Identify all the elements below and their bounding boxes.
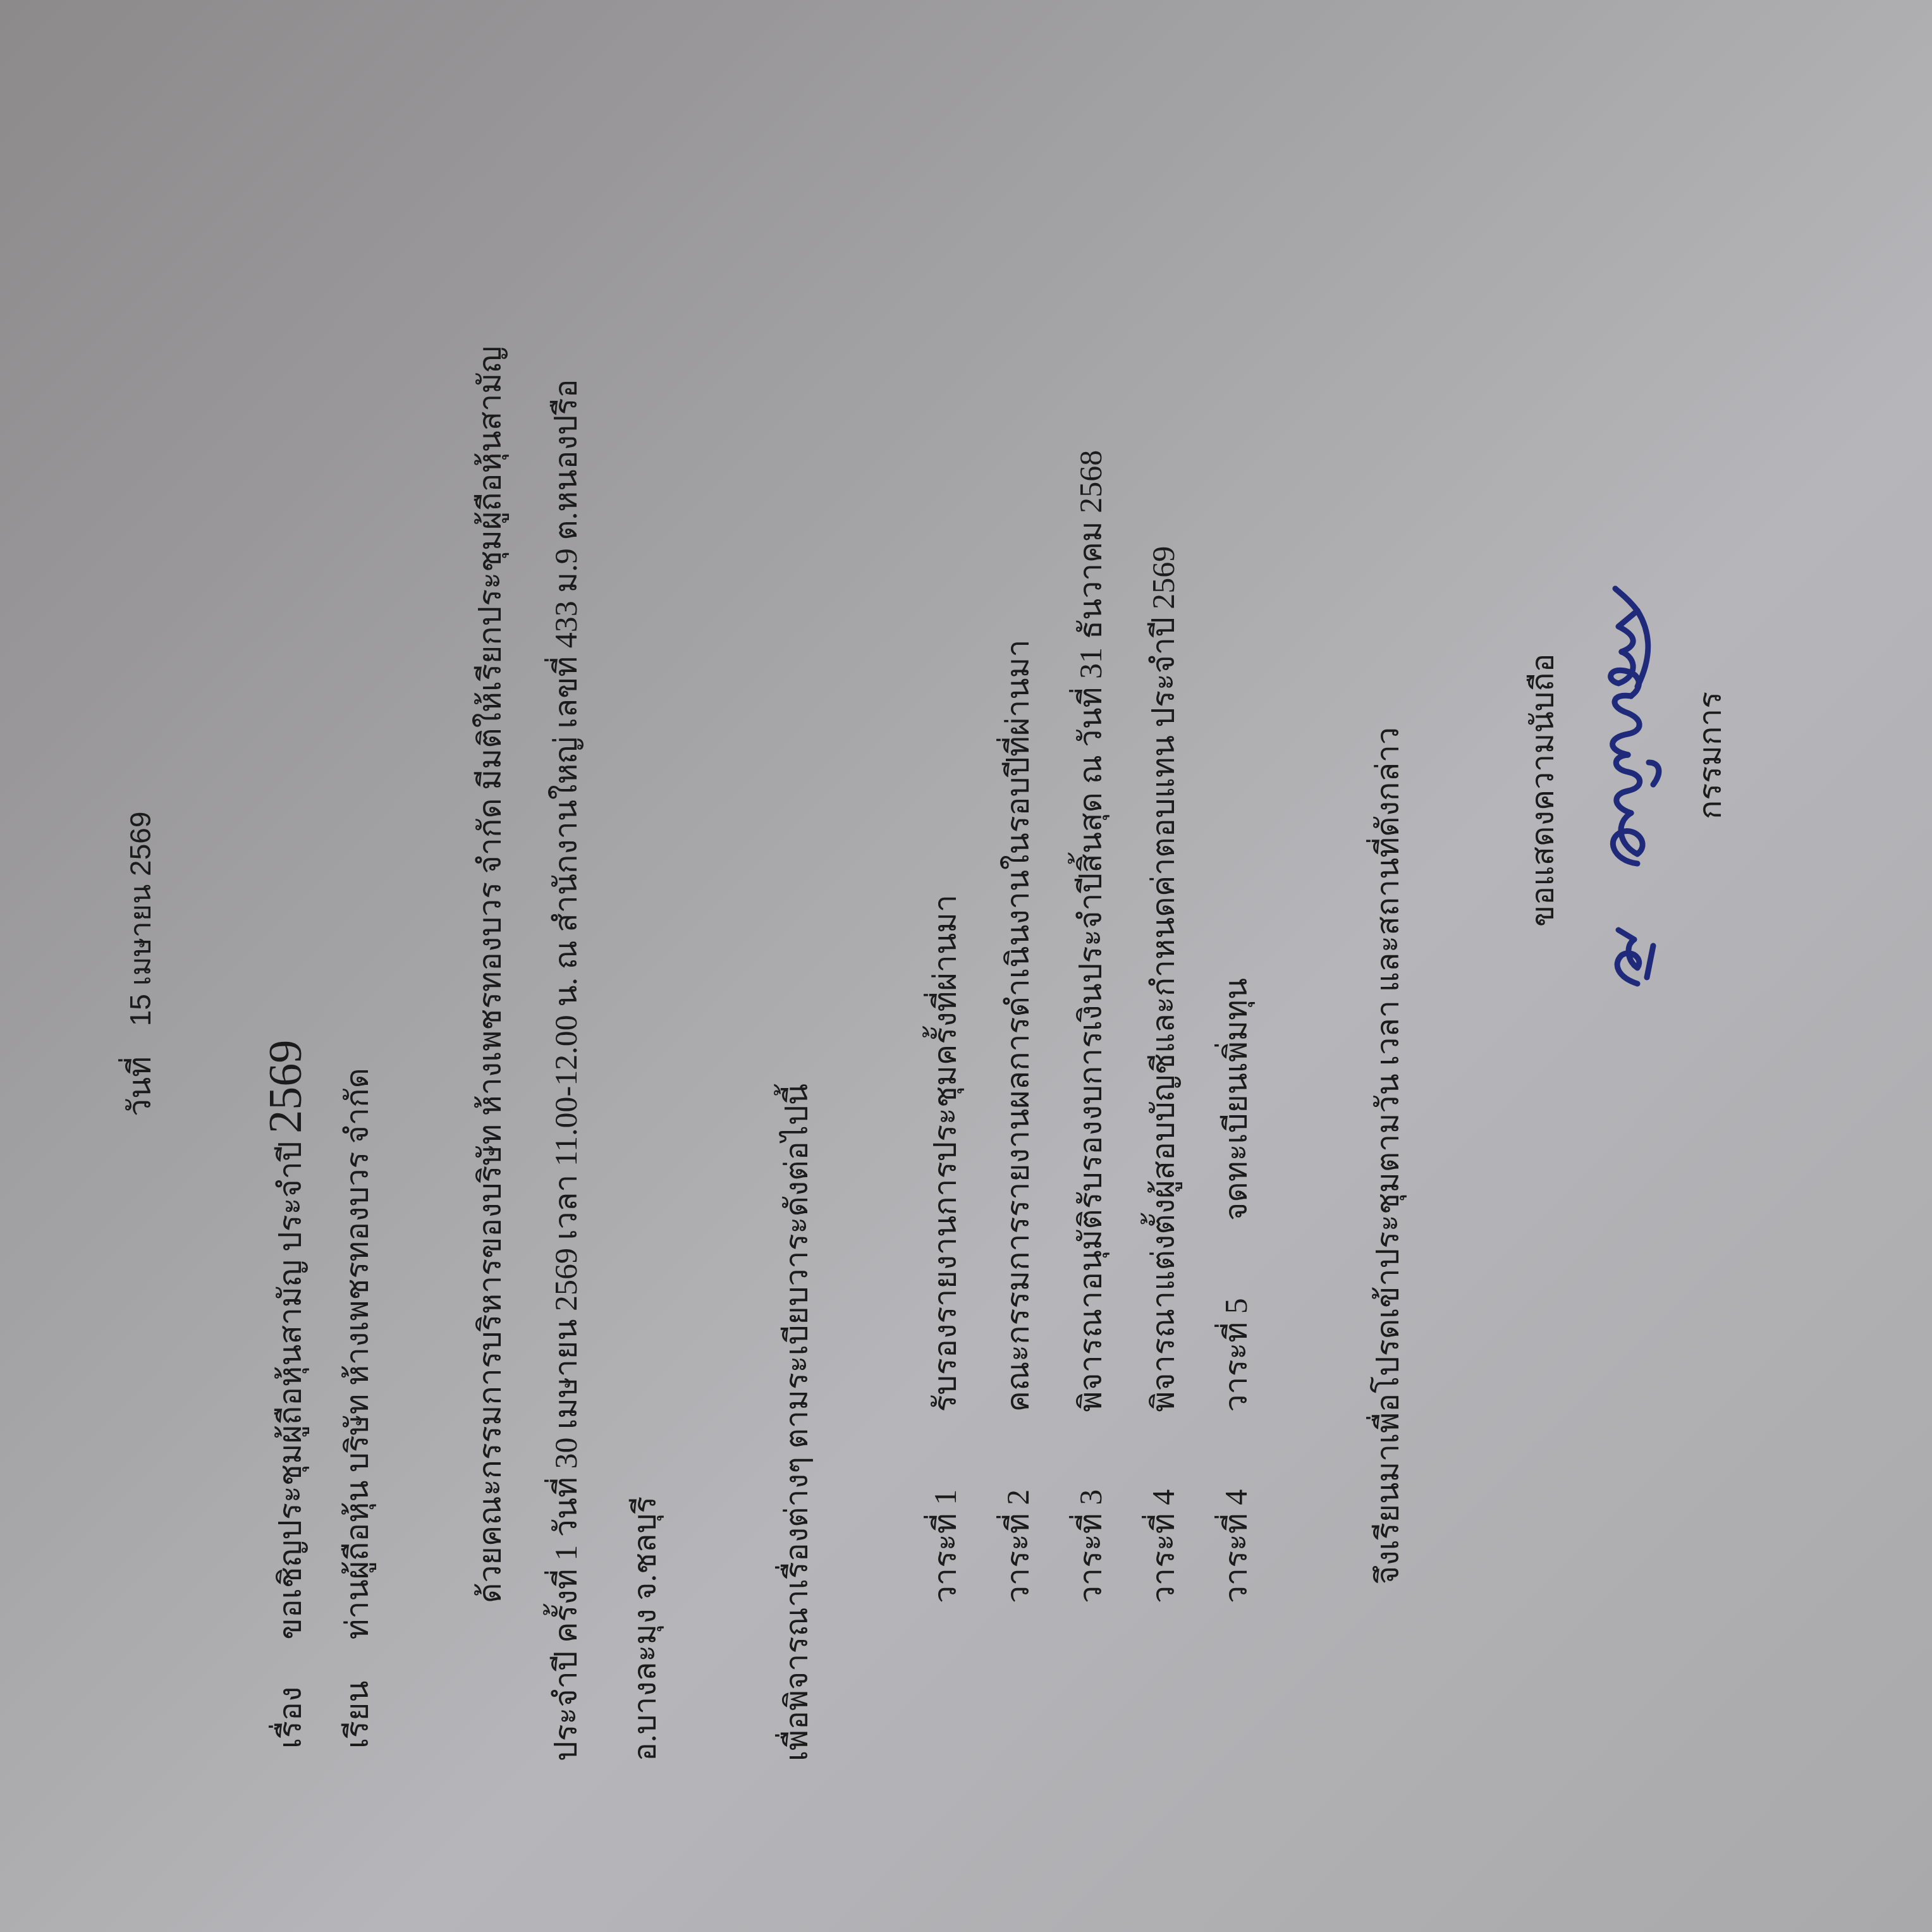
agenda-label: วาระที่ 3 [1075,1420,1106,1603]
date-value: 15 เมษายน 2569 [124,812,157,1027]
document-page: วันที่ 15 เมษายน 2569 เรื่อง ขอเชิญประชุ… [0,0,1932,1932]
agenda-label: วาระที่ 4 [1220,1420,1252,1603]
body-line-2: ประจำปี ครั้งที่ 1 วันที่ 30 เมษายน 2569… [550,379,582,1761]
recipient-text: ท่านผู้ถือหุ้น บริษัท ห้างเพชรทองบวร จำก… [339,1068,375,1639]
agenda-text: คณะกรรมการรายงานผลการดำเนินงานในรอบปีที่… [1000,639,1036,1412]
signature-icon [1543,585,1688,990]
agenda-label: วาระที่ 2 [1002,1420,1034,1603]
agenda-item: วาระที่ 1 รับรองรายงานการประชุมครั้งที่ผ… [929,895,961,1603]
closing-line: จึงเรียนมาเพื่อโปรดเข้าประชุมตามวัน เวลา… [1372,727,1403,1584]
agenda-label: วาระที่ 1 [929,1420,961,1603]
agenda-item: วาระที่ 3 พิจารณาอนุมัติรับรองงบการเงินป… [1075,450,1106,1603]
subject-label: เรื่อง [274,1648,306,1749]
agenda-text: พิจารณาแต่งตั้งผู้สอบบัญชีและกำหนดค่าตอบ… [1146,546,1181,1412]
agenda-text: รับรองรายงานการประชุมครั้งที่ผ่านมา [927,895,963,1412]
recipient-line: เรียน ท่านผู้ถือหุ้น บริษัท ห้างเพชรทองบ… [341,1068,373,1749]
signer-title: กรรมการ [1694,692,1726,819]
agenda-label: วาระที่ 4 [1147,1420,1179,1603]
date-label: วันที่ [122,1056,157,1116]
recipient-label: เรียน [341,1648,373,1749]
date-line: วันที่ 15 เมษายน 2569 [124,812,156,1116]
agenda-item: วาระที่ 4 วาระที่ 5 จดทะเบียนเพิ่มทุน [1220,978,1252,1603]
subject-text: ขอเชิญประชุมผู้ถือหุ้นสามัญ ประจำปี [272,1141,308,1639]
agenda-text: พิจารณาอนุมัติรับรองงบการเงินประจำปีสิ้น… [1073,450,1108,1412]
agenda-item: วาระที่ 2 คณะกรรมการรายงานผลการดำเนินงาน… [1002,639,1034,1603]
agenda-text: จดทะเบียนเพิ่มทุน [1218,978,1254,1221]
agenda-intro: เพื่อพิจารณาเรื่องต่างๆ ตามระเบียบวาระดั… [781,1084,812,1761]
subject-year: 2569 [260,1040,312,1134]
body-line-1: ด้วยคณะกรรมการบริหารของบริษัท ห้างเพชรทอ… [474,346,506,1603]
body-line-3: อ.บางละมุง จ.ชลบุรี [629,1496,661,1761]
agenda-item: วาระที่ 4 พิจารณาแต่งตั้งผู้สอบบัญชีและก… [1147,546,1179,1603]
agenda-label: วาระที่ 5 [1220,1229,1252,1412]
subject-line: เรื่อง ขอเชิญประชุมผู้ถือหุ้นสามัญ ประจำ… [262,1040,309,1749]
